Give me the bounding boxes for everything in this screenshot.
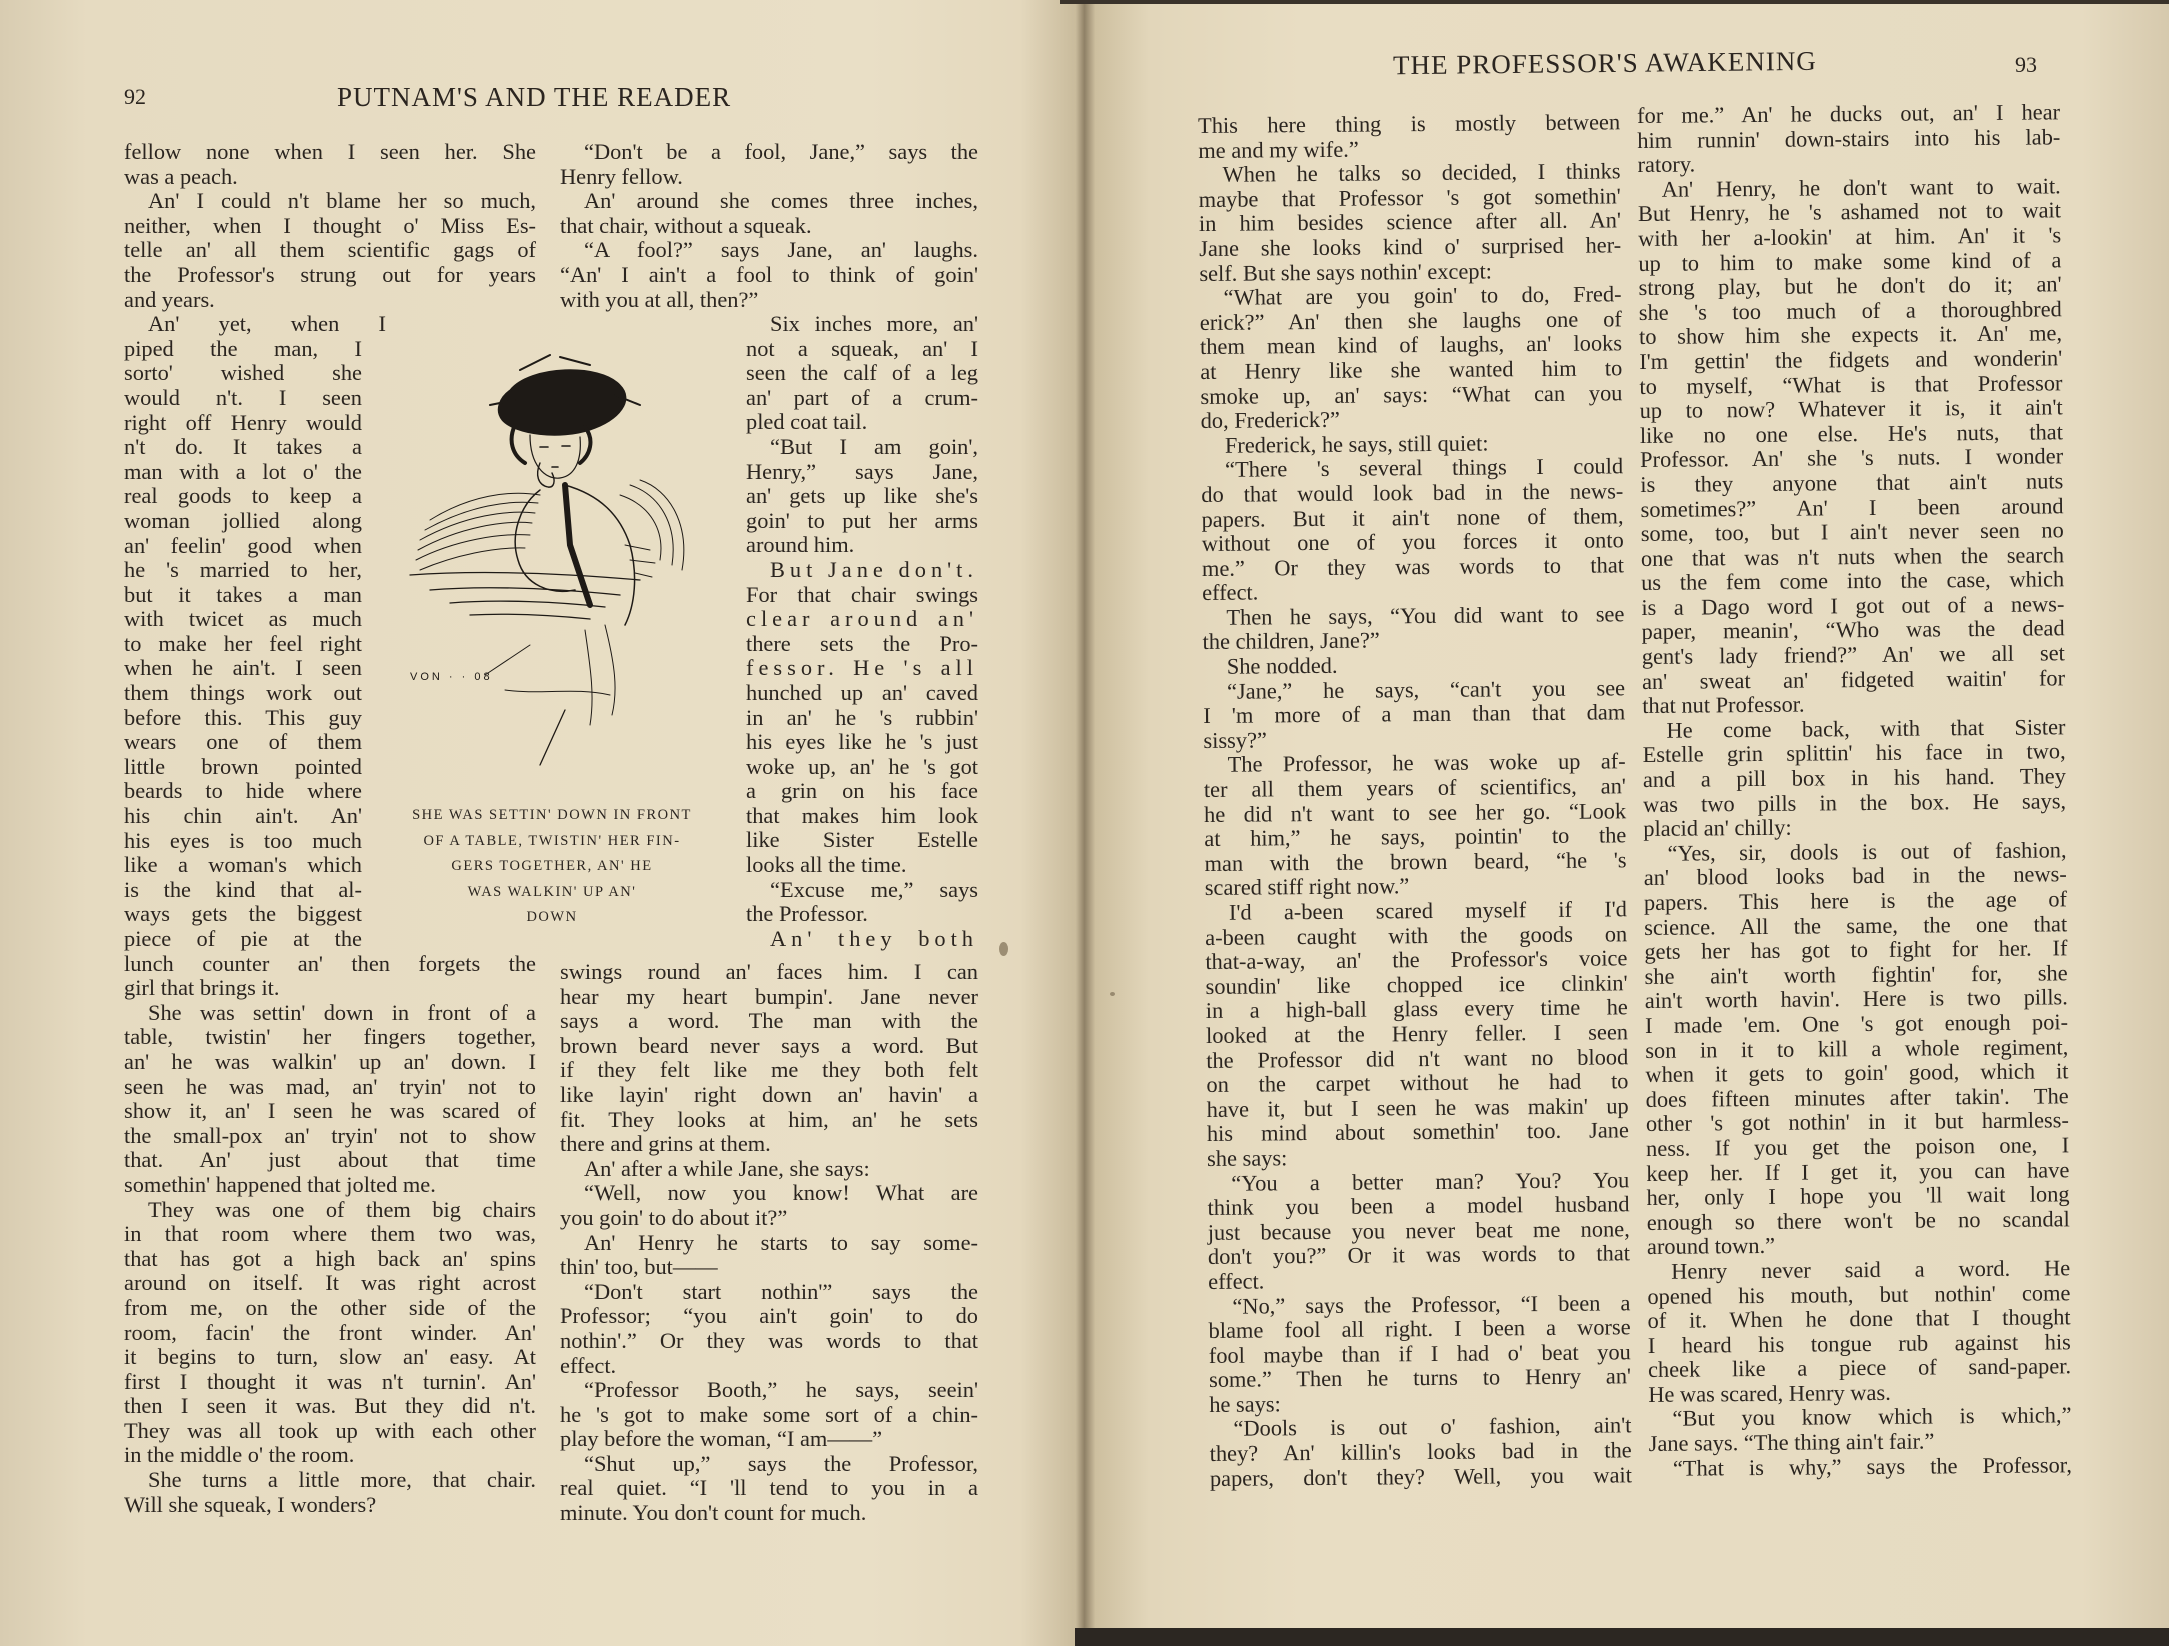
text-line: like layin' right down an' havin' a <box>560 1083 978 1108</box>
text-line: his eyes like he 's just <box>746 730 978 755</box>
text-line: “Shut up,” says the Professor, <box>560 1452 978 1477</box>
text-line: it begins to turn, slow an' easy. At <box>124 1345 536 1370</box>
text-line: little brown pointed <box>124 755 362 780</box>
paper-speck <box>1110 992 1115 996</box>
text-line: then I seen it was. But they did n't. <box>124 1394 536 1419</box>
text-line: cheek like a piece of sand-paper. <box>1648 1355 2071 1383</box>
text-line: swings round an' faces him. I can <box>560 960 978 985</box>
text-line: telle an' all them scientific gags of <box>124 238 536 263</box>
text-line: the Professor's strung out for years <box>124 263 536 288</box>
page-number-right: 93 <box>2015 52 2037 78</box>
text-line: smoke up, an' says: “What can you <box>1200 381 1622 409</box>
text-line: man with a lot o' the <box>124 460 362 485</box>
text-line: before this. This guy <box>124 706 362 731</box>
text-line: he 's got to make some sort of a chin- <box>560 1403 978 1428</box>
illustration-caption: SHE WAS SETTIN' DOWN IN FRONTOF A TABLE,… <box>382 803 722 931</box>
right-column-b: for me.” An' he ducks out, an' I hearhim… <box>1637 100 2072 1481</box>
text-line: looks all the time. <box>746 853 978 878</box>
text-line: with twicet as much <box>124 607 362 632</box>
text-line: Henry fellow. <box>560 165 978 190</box>
text-line: Will she squeak, I wonders? <box>124 1493 536 1518</box>
text-line: hear my heart bumpin'. Jane never <box>560 985 978 1010</box>
text-line: “Don't be a fool, Jane,” says the <box>560 140 978 165</box>
text-line: An' yet, when I <box>124 312 386 337</box>
text-line: show it, an' I seen he was scared of <box>124 1099 536 1124</box>
text-line: piped the man, I <box>124 337 362 362</box>
caption-line: GERS TOGETHER, AN' HE <box>382 854 722 880</box>
text-line: clear around an' <box>746 607 978 632</box>
text-line: an' gets up like she's <box>746 484 978 509</box>
text-line: fit. They looks at him, an' he sets <box>560 1108 978 1133</box>
paper-stain <box>999 942 1008 956</box>
text-line: me.” Or they was words to that <box>1202 553 1624 581</box>
text-line: For that chair swings <box>746 583 978 608</box>
text-line: them things work out <box>124 681 362 706</box>
text-line: “Professor Booth,” he says, seein' <box>560 1378 978 1403</box>
illustration-woman-in-hat: VON · · 08 <box>390 345 720 795</box>
text-line: first I thought it was n't turnin'. An' <box>124 1370 536 1395</box>
text-line: you goin' to do about it?” <box>560 1206 978 1231</box>
text-line: They was all took up with each other <box>124 1419 536 1444</box>
caption-line: SHE WAS SETTIN' DOWN IN FRONT <box>382 803 722 829</box>
text-line: not a squeak, an' I <box>746 337 978 362</box>
text-line: n't do. It takes a <box>124 435 362 460</box>
text-line: She turns a little more, that chair. <box>124 1468 536 1493</box>
text-line: goin' to put her arms <box>746 509 978 534</box>
text-line: an' sweat an' fidgeted waitin' for <box>1642 666 2065 694</box>
text-line: fessor. He 's all <box>746 656 978 681</box>
text-line: enough so there won't be no scandal <box>1647 1207 2070 1235</box>
text-line: But Jane don't. <box>746 558 978 583</box>
text-line: “That is why,” says the Professor, <box>1649 1453 2072 1481</box>
text-line: don't you?” Or it was words to that <box>1208 1242 1630 1270</box>
text-line: like a woman's which <box>124 853 362 878</box>
left-column-b-narrow: Six inches more, an'not a squeak, an' Is… <box>746 312 978 951</box>
text-line: right off Henry would <box>124 411 362 436</box>
text-line: “Excuse me,” says <box>746 878 978 903</box>
text-line: real quiet. “I 'll tend to you in a <box>560 1476 978 1501</box>
text-line: ways gets the biggest <box>124 902 362 927</box>
text-line: was two pills in the box. He says, <box>1643 789 2066 817</box>
text-line: the Professor. <box>746 902 978 927</box>
text-line: when he ain't. I seen <box>124 656 362 681</box>
running-head-right: THE PROFESSOR'S AWAKENING <box>1393 46 1817 81</box>
text-line: hunched up an' caved <box>746 681 978 706</box>
text-line: in an' he 's rubbin' <box>746 706 978 731</box>
text-line: “But I am goin', <box>746 435 978 460</box>
text-line: thin' too, but—— <box>560 1255 978 1280</box>
text-line: Henry,” says Jane, <box>746 460 978 485</box>
text-line: I 'm more of a man than that dam <box>1203 701 1625 729</box>
text-line: “An' I ain't a fool to think of goin' <box>560 263 978 288</box>
left-column-b-top: “Don't be a fool, Jane,” says theHenry f… <box>560 140 978 312</box>
text-line: An' they both <box>746 927 978 952</box>
text-line: a grin on his face <box>746 779 978 804</box>
text-line: sorto' wished she <box>124 361 362 386</box>
text-line: nothin'.” Or they was words to that <box>560 1329 978 1354</box>
text-line: that. An' just about that time <box>124 1148 536 1173</box>
text-line: the small-pox an' tryin' not to show <box>124 1124 536 1149</box>
text-line: neither, when I thought o' Miss Es- <box>124 214 536 239</box>
text-line: to make her feel right <box>124 632 362 657</box>
left-column-b-bottom: swings round an' faces him. I canhear my… <box>560 960 978 1526</box>
text-line: minute. You don't count for much. <box>560 1501 978 1526</box>
text-line: An' after a while Jane, she says: <box>560 1157 978 1182</box>
text-line: They was one of them big chairs <box>124 1198 536 1223</box>
text-line: lunch counter an' then forgets the <box>124 952 536 977</box>
text-line: somethin' happened that jolted me. <box>124 1173 536 1198</box>
text-line: brown beard never says a word. But <box>560 1034 978 1059</box>
caption-line: WAS WALKIN' UP AN' <box>382 880 722 906</box>
text-line: play before the woman, “I am——” <box>560 1427 978 1452</box>
text-line: there and grins at them. <box>560 1132 978 1157</box>
caption-line: OF A TABLE, TWISTIN' HER FIN- <box>382 829 722 855</box>
text-line: Then he says, “You did want to see <box>1202 602 1624 630</box>
text-line: like Sister Estelle <box>746 828 978 853</box>
text-line: his chin ain't. An' <box>124 804 362 829</box>
text-line: that makes him look <box>746 804 978 829</box>
text-line: woke up, an' he 's got <box>746 755 978 780</box>
text-line: in the middle o' the room. <box>124 1443 536 1468</box>
text-line: She was settin' down in front of a <box>124 1001 536 1026</box>
text-line: that has got a high back an' spins <box>124 1247 536 1272</box>
text-line: pled coat tail. <box>746 410 978 435</box>
text-line: “Don't start nothin'” says the <box>560 1280 978 1305</box>
right-column-a: This here thing is mostly betweenme and … <box>1198 110 1632 1491</box>
text-line: in that room where them two was, <box>124 1222 536 1247</box>
illustration-signature: VON · · 08 <box>410 671 493 683</box>
text-line: around on itself. It was right acrost <box>124 1271 536 1296</box>
text-line: his mind about somethin' too. Jane <box>1207 1119 1629 1147</box>
text-line: from me, on the other side of the <box>124 1296 536 1321</box>
text-line: but it takes a man <box>124 583 362 608</box>
text-line: beards to hide where <box>124 779 362 804</box>
text-line: an' feelin' good when <box>124 534 362 559</box>
text-line: seen the calf of a leg <box>746 361 978 386</box>
text-line: “A fool?” says Jane, an' laughs. <box>560 238 978 263</box>
text-line: if they felt like me they both felt <box>560 1058 978 1083</box>
text-line: man with the brown beard, “he 's <box>1204 848 1626 876</box>
text-line: around him. <box>746 533 978 558</box>
text-line: Six inches more, an' <box>746 312 978 337</box>
text-line: wears one of them <box>124 730 362 755</box>
text-line: an' part of a crum- <box>746 386 978 411</box>
text-line: Jane she looks kind o' surprised her- <box>1199 233 1621 261</box>
text-line: room, facin' the front winder. An' <box>124 1321 536 1346</box>
text-line: was a peach. <box>124 165 536 190</box>
text-line: papers, don't they? Well, you wait <box>1210 1463 1632 1491</box>
caption-line: DOWN <box>382 905 722 931</box>
text-line: woman jollied along <box>124 509 362 534</box>
text-line: there sets the Pro- <box>746 632 978 657</box>
text-line: his eyes is too much <box>124 829 362 854</box>
text-line: An' I could n't blame her so much, <box>124 189 536 214</box>
text-line: piece of pie at the <box>124 927 362 952</box>
left-page: 92 PUTNAM'S AND THE READER fellow none w… <box>0 0 1075 1646</box>
text-line: and years. <box>124 288 536 313</box>
text-line: An' around she comes three inches, <box>560 189 978 214</box>
running-head-left: PUTNAM'S AND THE READER <box>337 82 731 113</box>
text-line: the children, Jane?” <box>1203 627 1625 655</box>
text-line: An' Henry he starts to say some- <box>560 1231 978 1256</box>
text-line: effect. <box>560 1354 978 1379</box>
text-line: some.” Then he turns to Henry an' <box>1209 1365 1631 1393</box>
text-line: he 's married to her, <box>124 558 362 583</box>
text-line: table, twistin' her fingers together, <box>124 1025 536 1050</box>
text-line: Professor; “you ain't goin' to do <box>560 1304 978 1329</box>
right-page: THE PROFESSOR'S AWAKENING 93 This here t… <box>1080 0 2169 1646</box>
text-line: says a word. The man with the <box>560 1009 978 1034</box>
text-line: This here thing is mostly between <box>1198 110 1620 138</box>
text-line: is the kind that al- <box>124 878 362 903</box>
text-line: “Well, now you know! What are <box>560 1181 978 1206</box>
text-line: do, Frederick?” <box>1201 405 1623 433</box>
text-line: that chair, without a squeak. <box>560 214 978 239</box>
text-line: with you at all, then?” <box>560 288 978 313</box>
text-line: an' he was walkin' up an' down. I <box>124 1050 536 1075</box>
text-line: him runnin' down-stairs into his lab- <box>1637 125 2060 153</box>
text-line: seen he was mad, an' tryin' not to <box>124 1075 536 1100</box>
text-line: fellow none when I seen her. She <box>124 140 536 165</box>
page-number-left: 92 <box>124 84 146 110</box>
text-line: would n't. I seen <box>124 386 362 411</box>
text-line: “But you know which is which,” <box>1648 1404 2071 1432</box>
text-line: girl that brings it. <box>124 976 536 1001</box>
text-line: real goods to keep a <box>124 484 362 509</box>
